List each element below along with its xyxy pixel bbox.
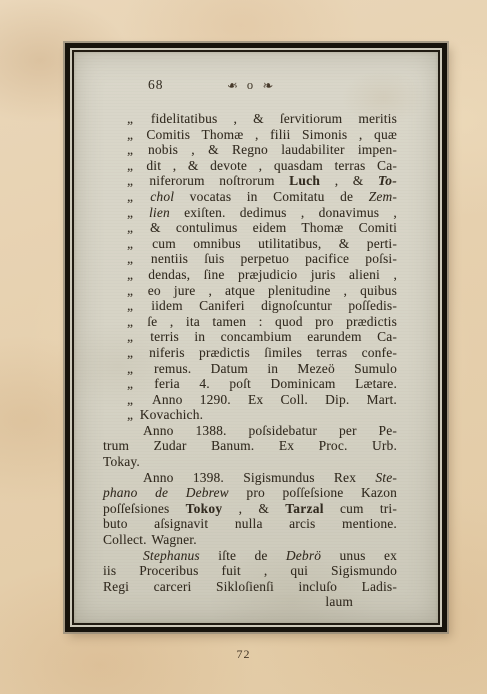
quoted-text-line: „ iidem Caniferi dignoſcuntur poſſedis- [103,298,397,314]
quoted-text-line: „ Comitis Thomæ , filii Simonis , quæ [103,127,397,143]
quote-mark: „ [127,329,150,344]
quote-mark: „ [127,267,148,282]
text-line: trum Zudar Banum. Ex Proc. Urb. [103,438,397,454]
text-line: iis Proceribus fuit , qui Sigismundo [103,563,397,579]
quote-mark: „ [127,111,151,126]
quoted-text-line: „ nentiis ſuis perpetuo pacifice poſsi- [103,251,397,267]
quote-mark: „ [127,251,151,266]
quoted-text-line: „ Anno 1290. Ex Coll. Dip. Mart. [103,392,397,408]
quote-mark: „ [127,392,152,407]
quoted-text-line: „ dit , & devote , quasdam terras Ca- [103,158,397,174]
ornament-letter: o [247,78,253,92]
quoted-text-line: „ dendas, ſine præjudicio juris alieni , [103,267,397,283]
page-content: 68 ❧ o ❧ „ fidelitatibus , & ſervitiorum… [74,52,438,623]
quote-mark: „ [127,314,147,329]
text-line: buto aſsignavit nulla arcis mentione. [103,516,397,532]
quoted-text-line: „ chol vocatas in Comitatu de Zem- [103,189,397,205]
quoted-text-line: „ cum omnibus utilitatibus, & perti- [103,236,397,252]
quote-mark: „ [127,407,140,422]
footer-page-number: 72 [0,647,487,662]
scan-frame-border: 68 ❧ o ❧ „ fidelitatibus , & ſervitiorum… [65,43,447,632]
scanned-page: 68 ❧ o ❧ „ fidelitatibus , & ſervitiorum… [72,50,440,625]
text-line: Stephanus iſte de Debrö unus ex [103,548,397,564]
quoted-text-line: „ Kovachich. [103,407,397,423]
quoted-text-line: „ nobis , & Regno laudabiliter impen- [103,142,397,158]
text-line: laum [103,594,397,610]
quoted-text-line: „ ſe , ita tamen : quod pro prædictis [103,314,397,330]
text-line: Tokay. [103,454,397,470]
quote-mark: „ [127,189,150,204]
text-line: phano de Debrew pro poſſeſsione Kazon [103,485,397,501]
quote-mark: „ [127,158,146,173]
quote-mark: „ [127,283,148,298]
quote-mark: „ [127,345,149,360]
parchment-background: 68 ❧ o ❧ „ fidelitatibus , & ſervitiorum… [0,0,487,694]
page-header: 68 ❧ o ❧ [103,77,397,95]
quoted-text-line: „ & contulimus eidem Thomæ Comiti [103,220,397,236]
quote-mark: „ [127,376,154,391]
quote-mark: „ [127,220,150,235]
quoted-text-line: „ lien exiſten. dedimus , donavimus , [103,205,397,221]
quote-mark: „ [127,173,149,188]
header-ornament: ❧ o ❧ [227,77,274,92]
text-line: Collect. Wagner. [103,532,397,548]
quote-mark: „ [127,142,148,157]
header-page-number: 68 [148,77,164,93]
fleuron-left-icon: ❧ [227,79,238,94]
quoted-text-line: „ terris in concambium earundem Ca- [103,329,397,345]
text-block: „ fidelitatibus , & ſervitiorum meritis„… [103,111,397,610]
quote-mark: „ [127,127,146,142]
quote-mark: „ [127,298,151,313]
quote-mark: „ [127,205,149,220]
quote-mark: „ [127,236,152,251]
text-line: poſſeſsiones Tokoy , & Tarzal cum tri- [103,501,397,517]
fleuron-right-icon: ❧ [263,79,274,94]
quoted-text-line: „ niferis prædictis ſimiles terras confe… [103,345,397,361]
quote-mark: „ [127,361,154,376]
text-line: Anno 1398. Sigismundus Rex Ste- [103,470,397,486]
text-line: Regi carceri Sikloſienſi incluſo Ladis- [103,579,397,595]
quoted-text-line: „ fidelitatibus , & ſervitiorum meritis [103,111,397,127]
quoted-text-line: „ eo jure , atque plenitudine , quibus [103,283,397,299]
text-line: Anno 1388. poſsidebatur per Pe- [103,423,397,439]
quoted-text-line: „ remus. Datum in Mezeö Sumulo [103,361,397,377]
quoted-text-line: „ feria 4. poſt Dominicam Lætare. [103,376,397,392]
quoted-text-line: „ niferorum noſtrorum Luch , & To- [103,173,397,189]
